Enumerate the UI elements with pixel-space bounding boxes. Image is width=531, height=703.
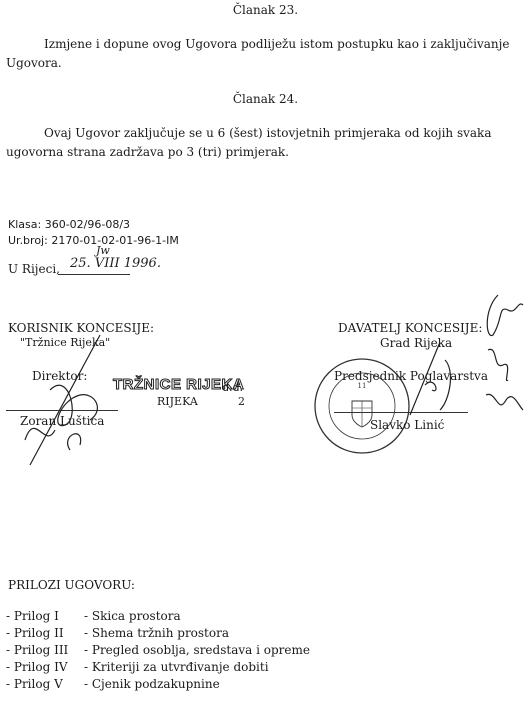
article-24-body: Ovaj Ugovor zaključuje se u 6 (šest) ist… [6, 126, 492, 159]
klasa-label: Klasa: [8, 218, 41, 231]
svg-text:11: 11 [358, 382, 367, 390]
right-party-title: DAVATELJ KONCESIJE: [338, 321, 482, 335]
article-23-body: Izmjene i dopune ovog Ugovora podliježu … [6, 37, 509, 70]
article-23-text: Izmjene i dopune ovog Ugovora podliježu … [6, 35, 521, 73]
left-signature-scribble [10, 330, 110, 470]
initials-handwritten: Jw [96, 244, 110, 257]
place-label: U Rijeci, [8, 262, 60, 276]
stamp-suffix: d.d. [222, 381, 243, 394]
stamp-city: RIJEKA [157, 395, 198, 408]
attachment-item: - Prilog II- Shema tržnih prostora [6, 626, 229, 640]
attachment-item: - Prilog IV- Kriteriji za utvrđivanje do… [6, 660, 269, 674]
stamp-number: 2 [238, 395, 245, 408]
urbroj-value: 2170-01-02-01-96-1-IM [51, 234, 179, 247]
article-24-text: Ovaj Ugovor zaključuje se u 6 (šest) ist… [6, 124, 521, 162]
right-signatory: Slavko Linić [370, 418, 444, 432]
urbroj-label: Ur.broj: [8, 234, 48, 247]
margin-initials-scribble [478, 290, 528, 420]
attachment-item: - Prilog III- Pregled osoblja, sredstava… [6, 643, 310, 657]
date-handwritten: 25. VIII 1996. [70, 256, 161, 271]
right-signature-scribble [400, 340, 460, 420]
article-23-heading: Članak 23. [0, 3, 531, 17]
klasa-value: 360-02/96-08/3 [45, 218, 130, 231]
article-24-heading: Članak 24. [0, 92, 531, 106]
attachment-item: - Prilog V- Cjenik podzakupnine [6, 677, 220, 691]
attachments-title: PRILOZI UGOVORU: [8, 578, 135, 592]
attachment-item: - Prilog I- Skica prostora [6, 609, 181, 623]
urbroj: Ur.broj: 2170-01-02-01-96-1-IM [8, 234, 179, 247]
date-line [58, 274, 130, 275]
klasa: Klasa: 360-02/96-08/3 [8, 218, 130, 231]
